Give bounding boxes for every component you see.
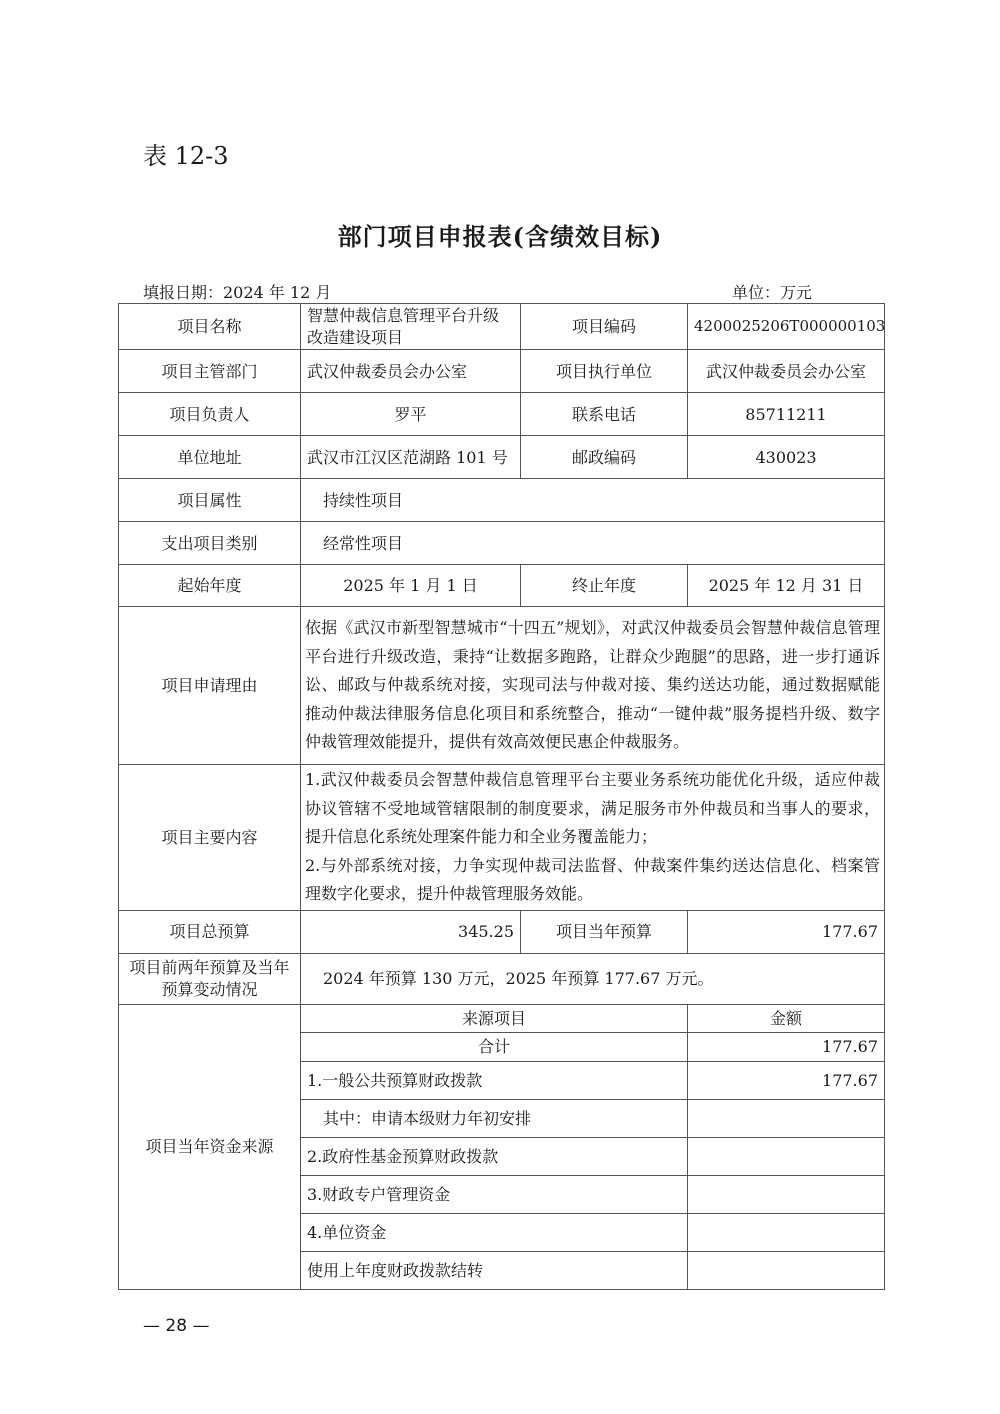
phone-value: 85711211 [688,393,885,436]
content-value: 1.武汉仲裁委员会智慧仲裁信息管理平台主要业务系统功能优化升级，适应仲裁协议管辖… [301,765,885,911]
table-row: 项目前两年预算及当年预算变动情况 2024 年预算 130 万元，2025 年预… [119,953,885,1004]
table-row: 单位地址 武汉市江汉区范湖路 101 号 邮政编码 430023 [119,436,885,479]
table-row: 项目负责人 罗平 联系电话 85711211 [119,393,885,436]
funding-col-amount: 金额 [688,1004,885,1032]
leader-label: 项目负责人 [119,393,301,436]
funding-item-amount [688,1251,885,1289]
funding-header-row: 项目当年资金来源 来源项目 金额 [119,1004,885,1032]
funding-item-label: 4.单位资金 [301,1213,688,1251]
unit-label: 单位：万元 [732,280,812,303]
postcode-label: 邮政编码 [521,436,688,479]
funding-item-label: 3.财政专户管理资金 [301,1175,688,1213]
reason-label: 项目申请理由 [119,607,301,765]
category-label: 支出项目类别 [119,522,301,565]
table-row: 项目主管部门 武汉仲裁委员会办公室 项目执行单位 武汉仲裁委员会办公室 [119,350,885,393]
table-number: 表 12-3 [143,136,229,171]
attribute-value: 持续性项目 [301,479,885,522]
funding-col-source: 来源项目 [301,1004,688,1032]
funding-item-label: 其中：申请本级财力年初安排 [301,1099,688,1137]
exec-unit-value: 武汉仲裁委员会办公室 [688,350,885,393]
budget-change-label: 项目前两年预算及当年预算变动情况 [119,953,301,1004]
category-value: 经常性项目 [301,522,885,565]
funding-item-amount [688,1099,885,1137]
project-code-label: 项目编码 [521,304,688,350]
table-row: 支出项目类别 经常性项目 [119,522,885,565]
table-row: 项目属性 持续性项目 [119,479,885,522]
phone-label: 联系电话 [521,393,688,436]
fill-date: 填报日期：2024 年 12 月 [143,280,331,303]
total-budget-label: 项目总预算 [119,910,301,953]
funding-source-label: 项目当年资金来源 [119,1004,301,1289]
budget-change-value: 2024 年预算 130 万元，2025 年预算 177.67 万元。 [301,953,885,1004]
funding-item-amount [688,1137,885,1175]
funding-item-label: 1.一般公共预算财政拨款 [301,1061,688,1099]
start-label: 起始年度 [119,565,301,607]
table-row: 项目名称 智慧仲裁信息管理平台升级改造建设项目 项目编码 4200025206T… [119,304,885,350]
content-item-2: 2.与外部系统对接，力争实现仲裁司法监督、仲裁案件集约送达信息化、档案管理数字化… [305,852,880,909]
address-label: 单位地址 [119,436,301,479]
start-value: 2025 年 1 月 1 日 [301,565,521,607]
year-budget-value: 177.67 [688,910,885,953]
project-name-value: 智慧仲裁信息管理平台升级改造建设项目 [301,304,521,350]
dept-value: 武汉仲裁委员会办公室 [301,350,521,393]
table-row: 起始年度 2025 年 1 月 1 日 终止年度 2025 年 12 月 31 … [119,565,885,607]
content-item-1: 1.武汉仲裁委员会智慧仲裁信息管理平台主要业务系统功能优化升级，适应仲裁协议管辖… [305,766,880,852]
project-name-label: 项目名称 [119,304,301,350]
table-row: 项目申请理由 依据《武汉市新型智慧城市“十四五”规划》，对武汉仲裁委员会智慧仲裁… [119,607,885,765]
funding-item-amount [688,1213,885,1251]
table-row: 项目总预算 345.25 项目当年预算 177.67 [119,910,885,953]
exec-unit-label: 项目执行单位 [521,350,688,393]
attribute-label: 项目属性 [119,479,301,522]
dept-label: 项目主管部门 [119,350,301,393]
project-code-value: 4200025206T000000103 [688,304,885,350]
funding-item-amount: 177.67 [688,1032,885,1061]
funding-item-label: 2.政府性基金预算财政拨款 [301,1137,688,1175]
funding-item-label: 合计 [301,1032,688,1061]
total-budget-value: 345.25 [301,910,521,953]
page-number: — 28 — [143,1316,209,1336]
leader-value: 罗平 [301,393,521,436]
postcode-value: 430023 [688,436,885,479]
document-title: 部门项目申报表(含绩效目标) [0,217,1000,252]
address-value: 武汉市江汉区范湖路 101 号 [301,436,521,479]
funding-item-label: 使用上年度财政拨款结转 [301,1251,688,1289]
project-application-table: 项目名称 智慧仲裁信息管理平台升级改造建设项目 项目编码 4200025206T… [118,303,885,1290]
end-label: 终止年度 [521,565,688,607]
content-label: 项目主要内容 [119,765,301,911]
reason-value: 依据《武汉市新型智慧城市“十四五”规划》，对武汉仲裁委员会智慧仲裁信息管理平台进… [301,607,885,765]
table-row: 项目主要内容 1.武汉仲裁委员会智慧仲裁信息管理平台主要业务系统功能优化升级，适… [119,765,885,911]
funding-item-amount: 177.67 [688,1061,885,1099]
year-budget-label: 项目当年预算 [521,910,688,953]
funding-item-amount [688,1175,885,1213]
end-value: 2025 年 12 月 31 日 [688,565,885,607]
